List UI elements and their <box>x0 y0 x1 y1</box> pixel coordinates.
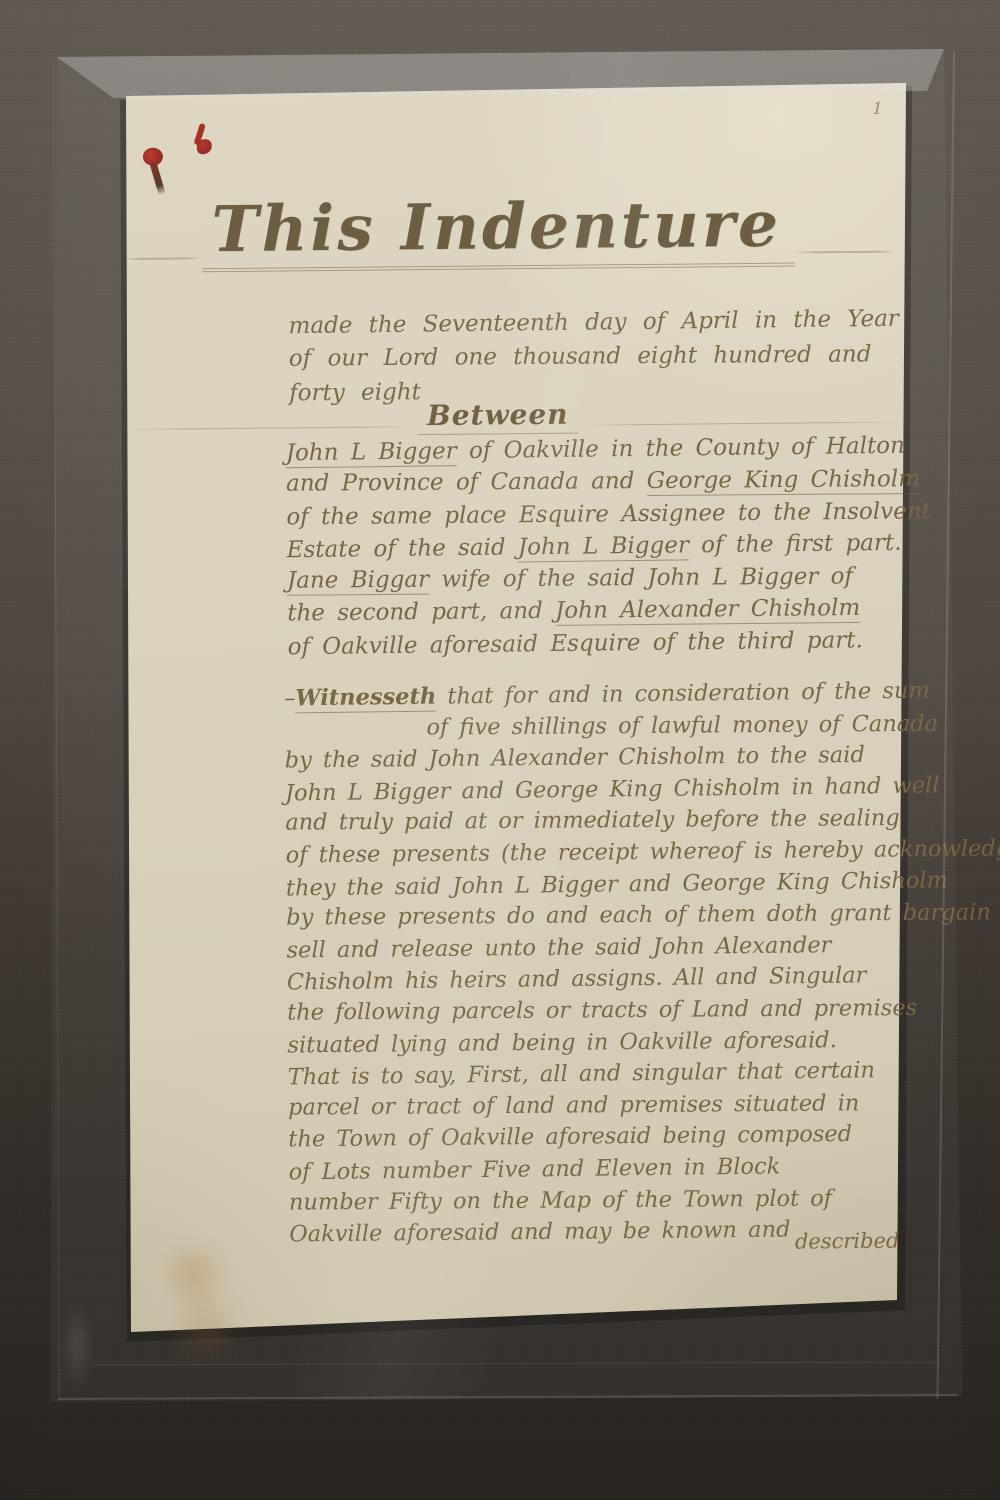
manuscript-content: 1 This Indenture made the Seventeenth da… <box>114 80 916 1358</box>
red-wax-mark-icon <box>143 148 165 168</box>
text-segment: of Lots number Five and Eleven in Block <box>289 1153 781 1185</box>
text-segment: parcel or tract of land and premises sit… <box>288 1090 859 1120</box>
catchword: described <box>795 1229 900 1254</box>
text-segment: Chisholm his heirs and assigns. All and … <box>287 963 867 996</box>
underlined-phrase: Jane Biggar <box>287 567 429 596</box>
text-segment: of these presents (the receipt whereof i… <box>286 835 1000 868</box>
text-segment: they the said John L Bigger and George K… <box>286 867 948 901</box>
text-segment: – <box>284 685 296 711</box>
text-segment: the following parcels or tracts of Land … <box>287 995 917 1026</box>
manuscript-line: the following parcels or tracts of Land … <box>287 992 1000 1029</box>
text-segment: the Town of Oakville aforesaid being com… <box>288 1121 852 1152</box>
text-segment: number Fifty on the Map of the Town plot… <box>289 1185 832 1215</box>
text-segment: Estate of the said <box>287 534 519 563</box>
text-segment: that for and in consideration of the sum <box>436 678 930 710</box>
document-title: This Indenture <box>201 190 795 273</box>
between-heading: Between <box>417 398 579 436</box>
text-segment: situated lying and being in Oakville afo… <box>287 1027 837 1058</box>
page-number: 1 <box>872 99 882 118</box>
text-segment: wife of the said John L Bigger of <box>429 564 853 593</box>
manuscript-line: number Fifty on the Map of the Town plot… <box>289 1181 1000 1218</box>
text-segment: and Province of Canada and <box>286 468 647 497</box>
text-segment: of five shillings of lawful money of Can… <box>426 710 938 740</box>
wax-blob <box>197 139 212 154</box>
manuscript-line: and Province of Canada and George King C… <box>286 463 931 500</box>
manuscript-line: and truly paid at or immediately before … <box>285 802 1000 839</box>
underlined-phrase: George King Chisholm <box>647 466 920 496</box>
underlined-phrase: John Alexander Chisholm <box>555 595 860 626</box>
foxing-stain <box>143 1229 254 1380</box>
sleeve-edge-left <box>53 60 60 1402</box>
text-segment: Oakville aforesaid and may be known and <box>289 1217 790 1248</box>
text-segment: sell and release unto the said John Alex… <box>286 932 831 963</box>
underlined-phrase: John L Bigger <box>286 438 457 468</box>
sleeve-edge-bottom <box>58 1394 958 1400</box>
title-flourish-rule-right <box>795 251 898 254</box>
sleeve-crinkle-highlight <box>60 1300 94 1390</box>
manuscript-line: of our Lord one thousand eight hundred a… <box>289 337 900 376</box>
photo-of-indenture-document: 1 This Indenture made the Seventeenth da… <box>0 0 1000 1500</box>
wax-drip-tail <box>149 161 165 196</box>
between-rule-left <box>126 426 418 430</box>
text-segment: by the said John Alexander Chisholm to t… <box>285 742 865 774</box>
underlined-phrase: Witnesseth <box>295 684 436 714</box>
manuscript-line: parcel or tract of land and premises sit… <box>288 1087 1000 1124</box>
title-flourish-rule-left <box>124 258 202 261</box>
manuscript-line: by these presents do and each of them do… <box>286 897 1000 934</box>
opening-paragraph: made the Seventeenth day of April in the… <box>288 303 899 411</box>
text-segment: That is to say, First, all and singular … <box>288 1057 875 1090</box>
manuscript-line: of five shillings of lawful money of Can… <box>284 708 1000 745</box>
text-segment: made the Seventeenth day of April in the… <box>288 306 899 339</box>
parties-paragraph: John L Bigger of Oakville in the County … <box>286 430 933 662</box>
text-segment: by these presents do and each of them do… <box>286 900 991 931</box>
text-segment: of the first part. <box>689 530 902 559</box>
text-segment: John L Bigger and George King Chisholm i… <box>285 772 940 806</box>
text-segment: of Oakville aforesaid Esquire of the thi… <box>287 627 863 660</box>
text-segment: of our Lord one thousand eight hundred a… <box>289 341 872 371</box>
text-segment: and truly paid at or immediately before … <box>285 805 900 836</box>
text-segment: the second part, and <box>287 598 555 627</box>
witnesseth-paragraph: –Witnesseth that for and in consideratio… <box>284 675 1000 1251</box>
underlined-phrase: John L Bigger <box>518 532 689 562</box>
between-rule-right <box>579 422 900 426</box>
manuscript-line: Jane Biggar wife of the said John L Bigg… <box>287 560 932 597</box>
text-segment: of Oakville in the County of Halton <box>457 433 906 464</box>
text-segment: of the same place Esquire Assignee to th… <box>286 498 931 530</box>
title-row: This Indenture <box>123 189 898 274</box>
red-wax-mark-icon <box>191 123 211 157</box>
manuscript-line: of Oakville aforesaid Esquire of the thi… <box>287 623 932 663</box>
